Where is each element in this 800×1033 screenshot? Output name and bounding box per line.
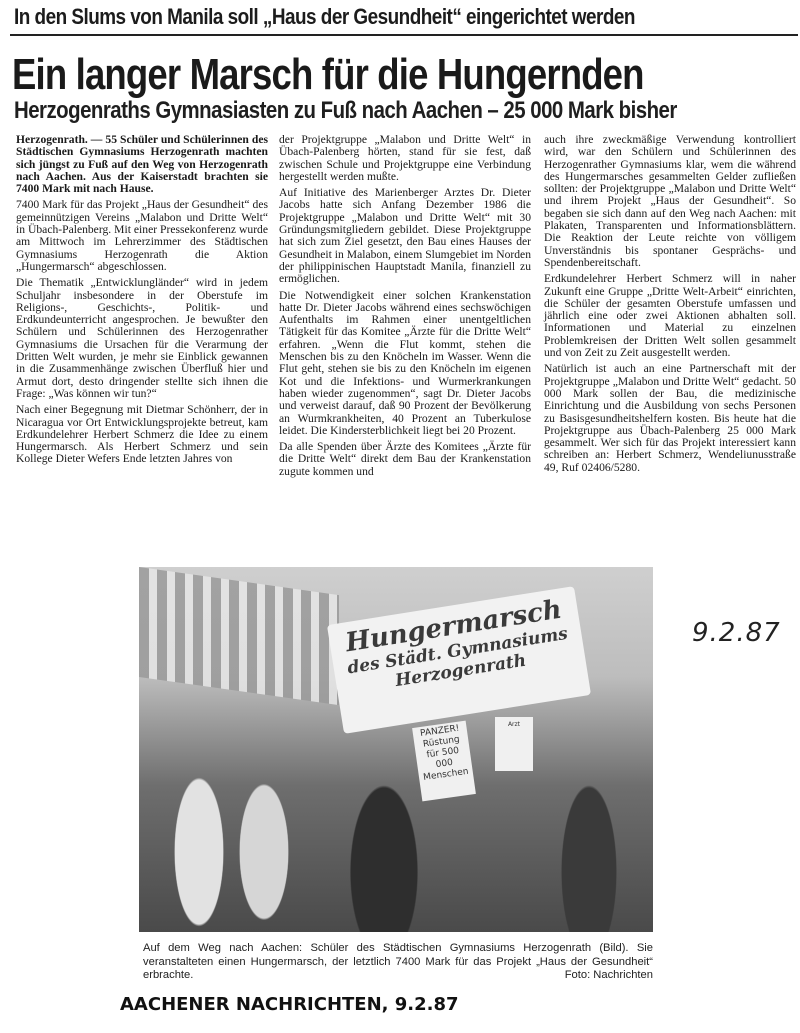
article-column-2: der Projektgruppe „Malabon und Dritte We… (279, 134, 531, 482)
paragraph: der Projektgruppe „Malabon und Dritte We… (279, 134, 531, 183)
photo-caption: Auf dem Weg nach Aachen: Schüler des Stä… (143, 942, 653, 983)
paragraph: Die Notwendigkeit einer solchen Krankens… (279, 290, 531, 438)
photo-marchers (139, 702, 653, 932)
paragraph: Die Thematik „Entwicklungländer“ wird in… (16, 277, 268, 400)
source-line: AACHENER NACHRICHTEN, 9.2.87 (120, 994, 459, 1015)
march-photo: Hungermarsch des Städt. Gymnasiums Herzo… (139, 567, 653, 932)
paragraph: Erdkundelehrer Herbert Schmerz will in n… (544, 273, 796, 359)
kicker-headline: In den Slums von Manila soll „Haus der G… (14, 4, 687, 30)
paragraph: 7400 Mark für das Projekt „Haus der Gesu… (16, 199, 268, 273)
kicker-rule (10, 34, 798, 36)
paragraph: Da alle Spenden über Ärzte des Komitees … (279, 441, 531, 478)
lead-paragraph: Herzogenrath. — 55 Schüler und Schülerin… (16, 134, 268, 195)
headline: Ein langer Marsch für die Hungernden (12, 50, 644, 100)
subheadline: Herzogenraths Gymnasiasten zu Fuß nach A… (14, 97, 677, 125)
paragraph: Nach einer Begegnung mit Dietmar Schönhe… (16, 404, 268, 465)
photo-credit: Foto: Nachrichten (565, 969, 653, 983)
article-column-1: Herzogenrath. — 55 Schüler und Schülerin… (16, 134, 268, 470)
protest-sign: Arzt (495, 717, 533, 771)
paragraph: Natürlich ist auch an eine Partnerschaft… (544, 363, 796, 474)
article-column-3: auch ihre zweckmäßige Verwendung kontrol… (544, 134, 796, 478)
handwritten-date: 9.2.87 (692, 618, 781, 648)
photo-building (139, 567, 339, 705)
paragraph: auch ihre zweckmäßige Verwendung kontrol… (544, 134, 796, 269)
paragraph: Auf Initiative des Marienberger Arztes D… (279, 187, 531, 285)
protest-sign: PANZER! Rüstung für 500 000 Menschen (412, 721, 476, 802)
